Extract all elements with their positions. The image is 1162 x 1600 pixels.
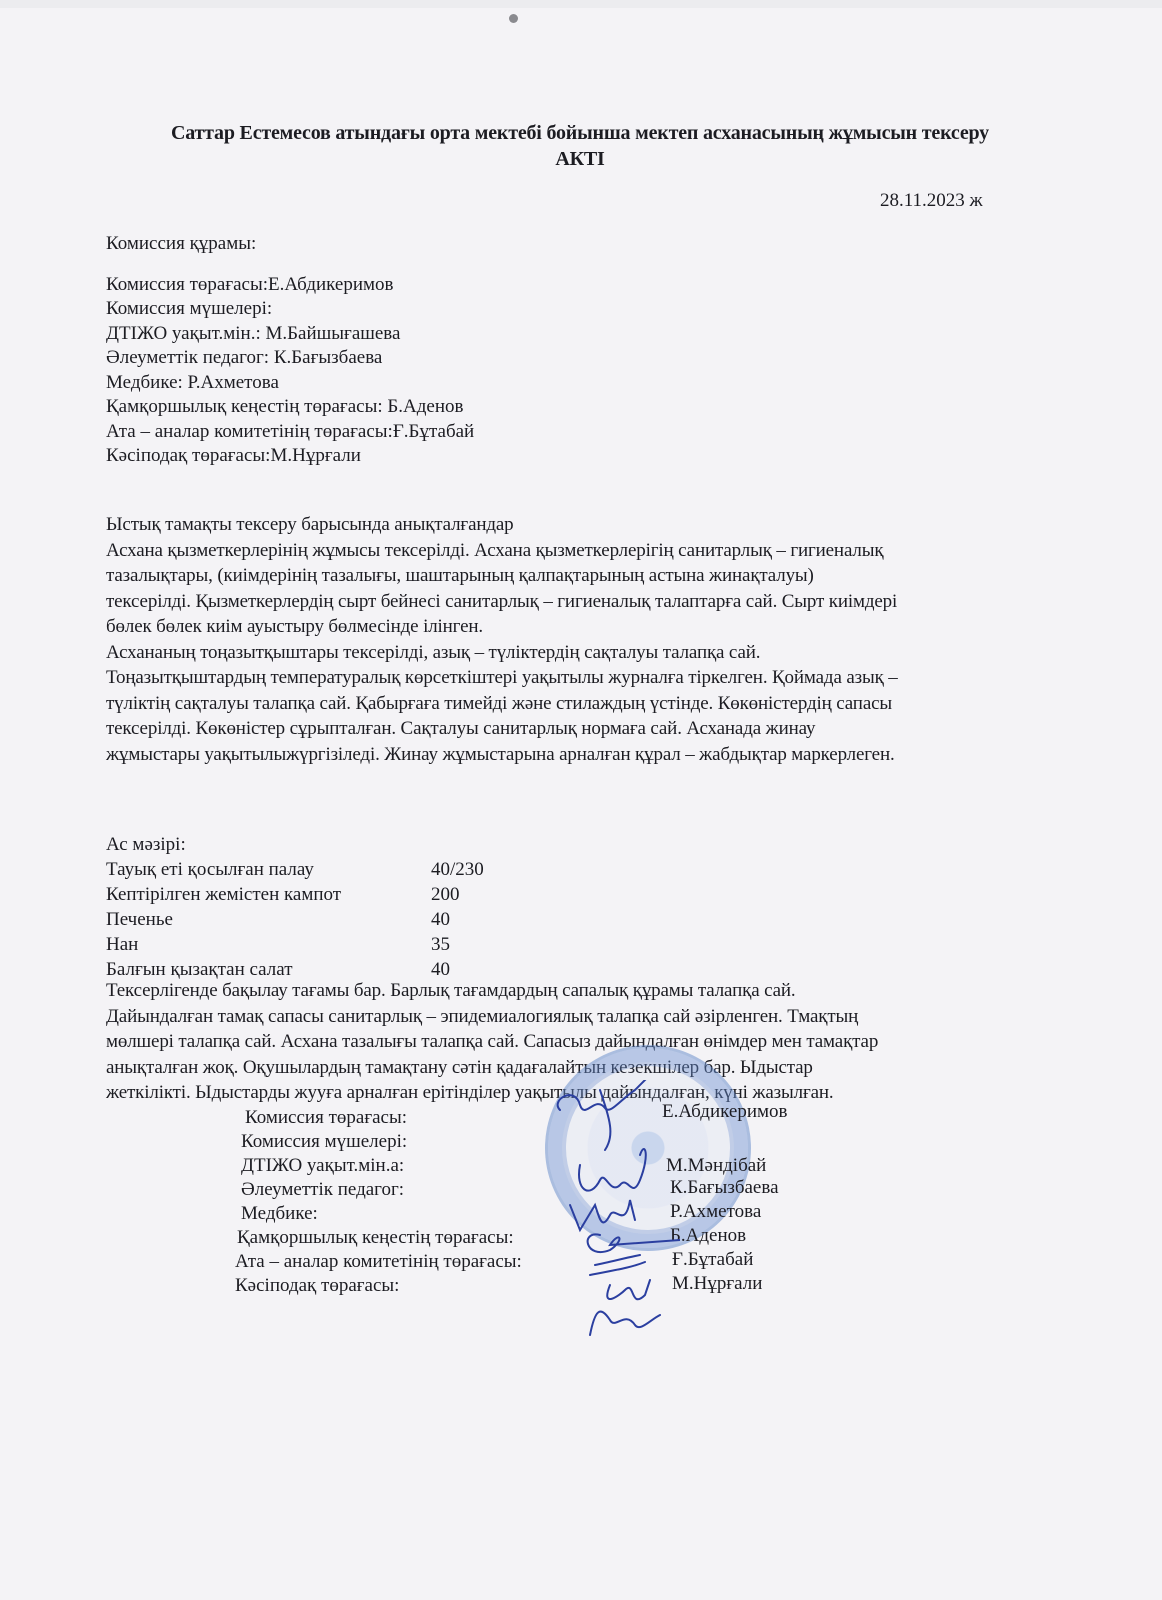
conclusion-line: жеткілікті. Ыдыстарды жууға арналған ері…	[106, 1080, 1076, 1106]
conclusion-line: Дайындалған тамақ сапасы санитарлық – эп…	[106, 1004, 1076, 1030]
menu-item: Тауық еті қосылған палау 40/230	[106, 857, 484, 882]
menu-item-value: 200	[431, 882, 460, 907]
title-line-1: Саттар Естемесов атындағы орта мектебі б…	[100, 120, 1060, 146]
signature-role: ДТІЖО уақыт.мін.а:	[241, 1154, 404, 1178]
signature-role: Әлеуметтік педагог:	[241, 1178, 404, 1202]
signature-name: Ғ.Бұтабай	[672, 1248, 753, 1272]
signature-role: Комиссия төрағасы:	[245, 1106, 407, 1130]
signature-role: Қамқоршылық кеңестің төрағасы:	[237, 1226, 514, 1250]
findings-line: тазалықтары, (киімдерінің тазалығы, шашт…	[106, 563, 1076, 589]
menu-item-name: Печенье	[106, 907, 431, 932]
menu-item-name: Тауық еті қосылған палау	[106, 857, 431, 882]
signature-role: Ата – аналар комитетінің төрағасы:	[235, 1250, 522, 1274]
menu-item-value: 40/230	[431, 857, 484, 882]
findings-line: Тоңазытқыштардың температуралық көрсеткі…	[106, 665, 1076, 691]
findings-line: Асхананың тоңазытқыштары тексерілді, азы…	[106, 640, 1076, 666]
findings-section: Ыстық тамақты тексеру барысында анықталғ…	[106, 512, 1076, 767]
page-top-edge	[0, 0, 1162, 8]
signature-name: Б.Аденов	[670, 1224, 746, 1248]
menu-item: Печенье 40	[106, 907, 484, 932]
findings-line: жұмыстары уақытылыжүргізіледі. Жинау жұм…	[106, 742, 1076, 768]
commission-line: Әлеуметтік педагог: К.Бағызбаева	[106, 346, 474, 371]
commission-line: Комиссия төрағасы:Е.Абдикеримов	[106, 273, 474, 298]
signature-name: Е.Абдикеримов	[662, 1100, 788, 1124]
commission-line: Комиссия мүшелері:	[106, 297, 474, 322]
conclusion-section: Тексерлігенде бақылау тағамы бар. Барлық…	[106, 978, 1076, 1106]
findings-heading: Ыстық тамақты тексеру барысында анықталғ…	[106, 512, 1076, 538]
commission-section: Комиссия құрамы: Комиссия төрағасы:Е.Абд…	[106, 232, 474, 469]
menu-item-name: Кептірілген жемістен кампот	[106, 882, 431, 907]
menu-item: Нан 35	[106, 932, 484, 957]
conclusion-line: Тексерлігенде бақылау тағамы бар. Барлық…	[106, 978, 1076, 1004]
signature-name: М.Мәндібай	[666, 1154, 766, 1178]
document-date: 28.11.2023 ж	[880, 190, 983, 212]
commission-line: Қамқоршылық кеңестің төрағасы: Б.Аденов	[106, 395, 474, 420]
signature-role: Комиссия мүшелері:	[241, 1130, 407, 1154]
menu-item-value: 40	[431, 907, 450, 932]
title-line-2: АКТІ	[100, 146, 1060, 172]
menu-item-name: Нан	[106, 932, 431, 957]
findings-line: түліктің сақталуы талапқа сай. Қабырғаға…	[106, 691, 1076, 717]
commission-line: Ата – аналар комитетінің төрағасы:Ғ.Бұта…	[106, 420, 474, 445]
signature-name: К.Бағызбаева	[670, 1176, 779, 1200]
menu-item-value: 35	[431, 932, 450, 957]
signature-name: М.Нұрғали	[672, 1272, 762, 1296]
conclusion-line: анықталған жоқ. Оқушылардың тамақтану сә…	[106, 1055, 1076, 1081]
signature-role: Кәсіподақ төрағасы:	[235, 1274, 399, 1298]
signature-role: Медбике:	[241, 1202, 318, 1226]
commission-line: Медбике: Р.Ахметова	[106, 371, 474, 396]
menu-heading: Ас мәзірі:	[106, 832, 186, 857]
commission-line: ДТІЖО уақыт.мін.: М.Байшығашева	[106, 322, 474, 347]
findings-line: Асхана қызметкерлерінің жұмысы тексерілд…	[106, 538, 1076, 564]
findings-line: тексерілді. Қызметкерлердің сырт бейнесі…	[106, 589, 1076, 615]
conclusion-line: мөлшері талапқа сай. Асхана тазалығы тал…	[106, 1029, 1076, 1055]
commission-line: Кәсіподақ төрағасы:М.Нұрғали	[106, 444, 474, 469]
document-title: Саттар Естемесов атындағы орта мектебі б…	[100, 120, 1060, 172]
findings-line: тексерілді. Көкөністер сұрыпталған. Сақт…	[106, 716, 1076, 742]
signature-name: Р.Ахметова	[670, 1200, 761, 1224]
menu-section: Ас мәзірі: Тауық еті қосылған палау 40/2…	[106, 832, 484, 982]
punch-hole	[509, 14, 518, 23]
findings-line: бөлек бөлек киім ауыстыру бөлмесінде ілі…	[106, 614, 1076, 640]
menu-item: Кептірілген жемістен кампот 200	[106, 882, 484, 907]
handwritten-signatures	[540, 1080, 680, 1340]
commission-heading: Комиссия құрамы:	[106, 232, 474, 257]
